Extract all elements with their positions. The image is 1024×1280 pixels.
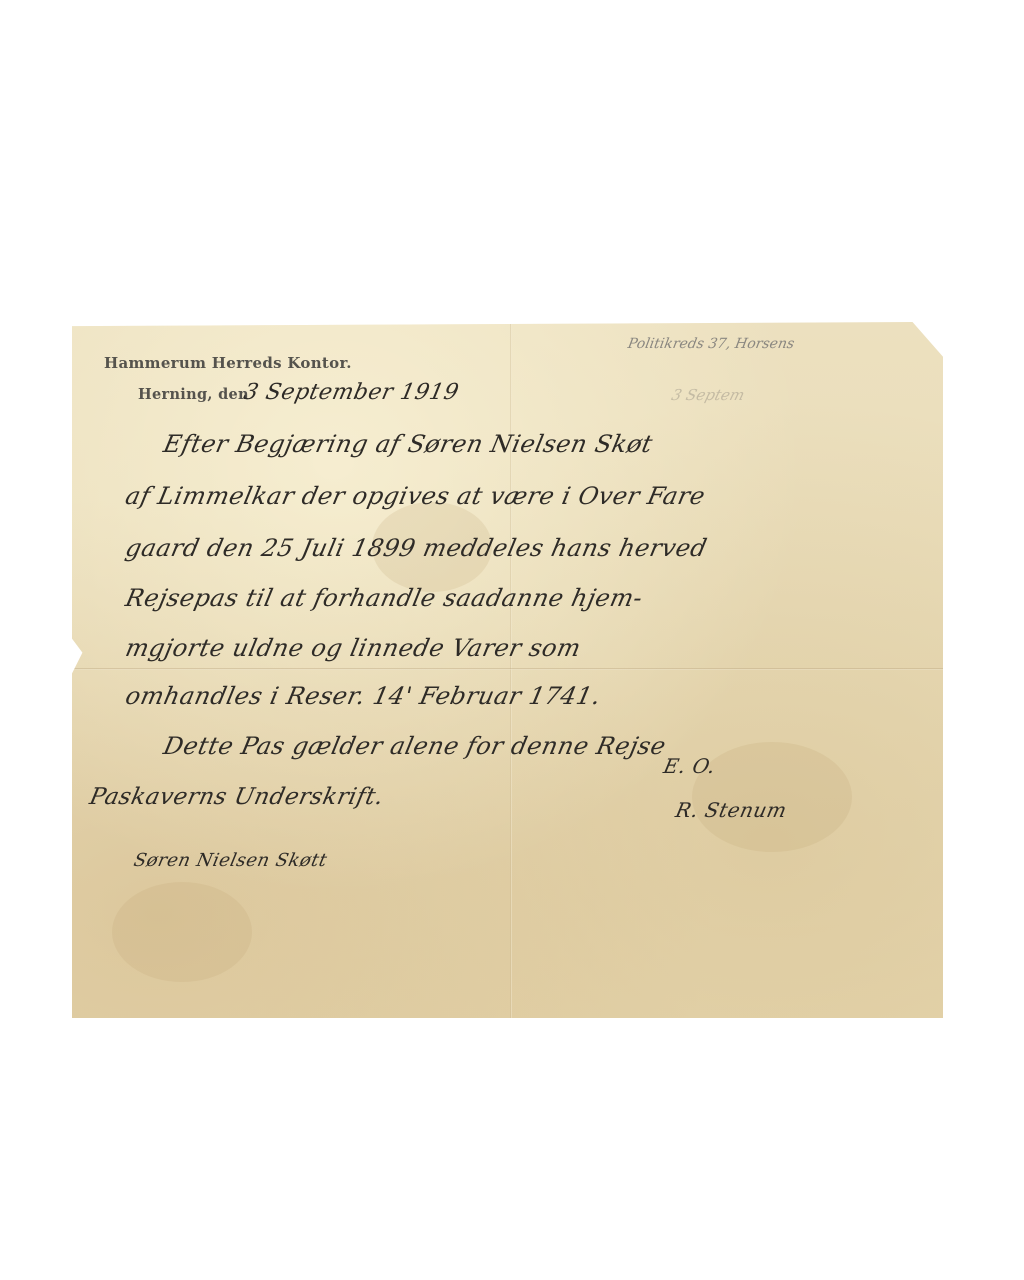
holder-signature: Søren Nielsen Skøtt: [132, 850, 329, 871]
body-line: Efter Begjæring af Søren Nielsen Skøt: [161, 430, 655, 458]
body-line: af Limmelkar der opgives at være i Over …: [123, 482, 708, 510]
horizontal-fold-crease: [72, 668, 943, 670]
handwritten-date: 3 September 1919: [241, 380, 461, 405]
pencil-annotation: Politikreds 37, Horsens: [627, 336, 796, 352]
body-line: gaard den 25 Juli 1899 meddeles hans her…: [123, 534, 710, 562]
holder-signature-label: Paskaverns Underskrift.: [87, 784, 386, 810]
faint-offset-text: 3 Septem: [670, 386, 747, 404]
paper-stain: [112, 882, 252, 982]
travel-pass-document: Hammerum Herreds Kontor. Politikreds 37,…: [72, 322, 943, 1018]
officer-initials: E. O.: [661, 754, 718, 778]
body-line: Rejsepas til at forhandle saadanne hjem-: [123, 584, 645, 612]
body-line: mgjorte uldne og linnede Varer som: [123, 634, 584, 662]
place-date-label: Herning, den: [138, 386, 249, 403]
body-line: omhandles i Reser. 14' Februar 1741.: [123, 682, 603, 710]
officer-signature: R. Stenum: [673, 798, 789, 822]
vertical-fold-crease: [510, 322, 512, 1018]
office-letterhead: Hammerum Herreds Kontor.: [104, 354, 352, 372]
body-line: Dette Pas gælder alene for denne Rejse: [161, 732, 669, 760]
